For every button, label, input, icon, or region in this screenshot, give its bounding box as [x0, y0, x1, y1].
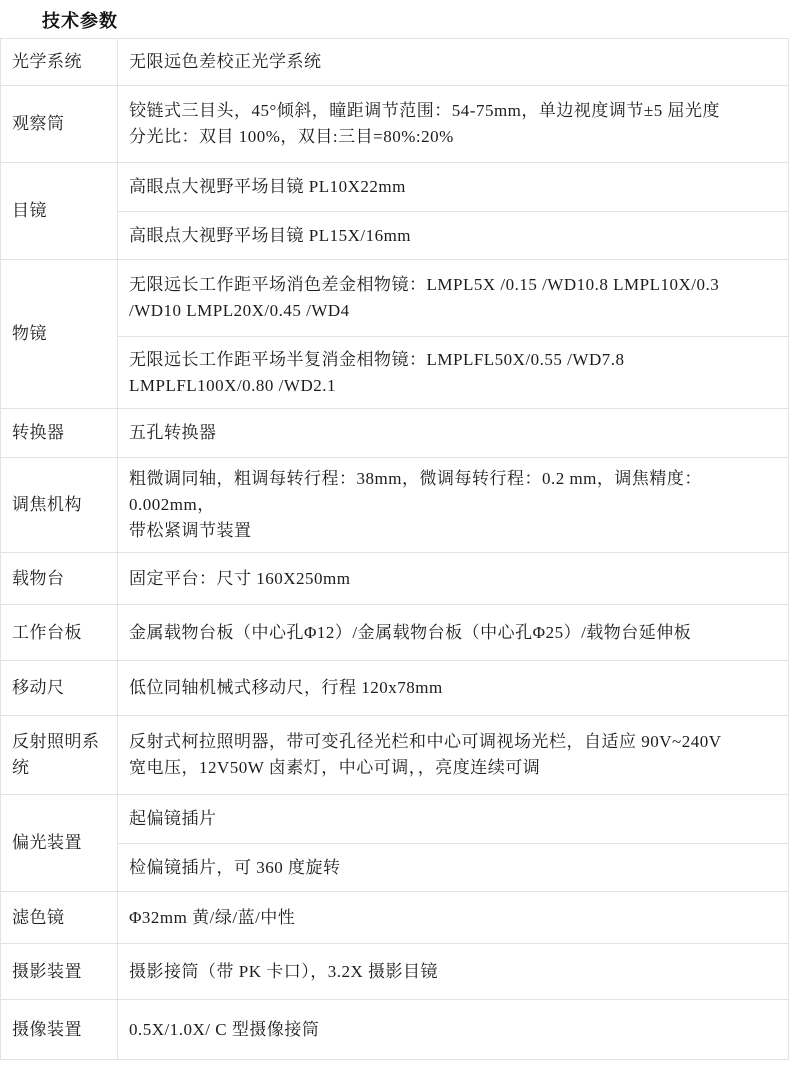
- param-name: 光学系统: [1, 39, 118, 85]
- table-row-eyepiece: 目镜 高眼点大视野平场目镜 PL10X22mm 高眼点大视野平场目镜 PL15X…: [1, 163, 788, 260]
- param-value: 金属载物台板（中心孔Φ12）/金属载物台板（中心孔Φ25）/载物台延伸板: [118, 605, 788, 660]
- table-row-filter: 滤色镜 Φ32mm 黄/绿/蓝/中性: [1, 892, 788, 944]
- param-value: 反射式柯拉照明器，带可变孔径光栏和中心可调视场光栏，自适应 90V~240V 宽…: [118, 716, 788, 794]
- param-name: 调焦机构: [1, 458, 118, 552]
- param-name: 摄像装置: [1, 1000, 118, 1059]
- param-name: 反射照明系统: [1, 716, 118, 794]
- table-row-photography-device: 摄影装置 摄影接筒（带 PK 卡口），3.2X 摄影目镜: [1, 944, 788, 1000]
- param-name: 观察筒: [1, 86, 118, 162]
- param-name: 物镜: [1, 260, 118, 408]
- table-row-mechanical-ruler: 移动尺 低位同轴机械式移动尺，行程 120x78mm: [1, 661, 788, 716]
- param-name: 摄影装置: [1, 944, 118, 999]
- table-row-optical-system: 光学系统 无限远色差校正光学系统: [1, 39, 788, 86]
- table-row-stage: 载物台 固定平台：尺寸 160X250mm: [1, 553, 788, 605]
- param-name: 工作台板: [1, 605, 118, 660]
- page-title: 技术参数: [42, 7, 790, 33]
- param-value: 高眼点大视野平场目镜 PL15X/16mm: [118, 211, 788, 259]
- param-name: 滤色镜: [1, 892, 118, 943]
- param-name: 转换器: [1, 409, 118, 457]
- param-value: 五孔转换器: [118, 409, 788, 457]
- param-name: 偏光装置: [1, 795, 118, 891]
- param-value: 粗微调同轴，粗调每转行程：38mm，微调每转行程：0.2 mm，调焦精度：0.0…: [118, 458, 788, 552]
- param-name: 载物台: [1, 553, 118, 604]
- table-row-focusing-mechanism: 调焦机构 粗微调同轴，粗调每转行程：38mm，微调每转行程：0.2 mm，调焦精…: [1, 458, 788, 553]
- param-value: 检偏镜插片，可 360 度旋转: [118, 843, 788, 891]
- param-value: 0.5X/1.0X/ C 型摄像接筒: [118, 1000, 788, 1059]
- table-row-nosepiece: 转换器 五孔转换器: [1, 409, 788, 458]
- param-value: 无限远长工作距平场半复消金相物镜：LMPLFL50X/0.55 /WD7.8 L…: [118, 336, 788, 408]
- param-name: 移动尺: [1, 661, 118, 715]
- param-value: 摄影接筒（带 PK 卡口），3.2X 摄影目镜: [118, 944, 788, 999]
- param-value: 高眼点大视野平场目镜 PL10X22mm: [118, 163, 788, 211]
- table-row-objective: 物镜 无限远长工作距平场消色差金相物镜：LMPL5X /0.15 /WD10.8…: [1, 260, 788, 409]
- spec-table: 光学系统 无限远色差校正光学系统 观察筒 铰链式三目头，45°倾斜，瞳距调节范围…: [0, 38, 789, 1060]
- table-row-polarizing-device: 偏光装置 起偏镜插片 检偏镜插片，可 360 度旋转: [1, 795, 788, 892]
- param-name: 目镜: [1, 163, 118, 259]
- param-value: Φ32mm 黄/绿/蓝/中性: [118, 892, 788, 943]
- param-value: 低位同轴机械式移动尺，行程 120x78mm: [118, 661, 788, 715]
- table-row-reflected-illumination: 反射照明系统 反射式柯拉照明器，带可变孔径光栏和中心可调视场光栏，自适应 90V…: [1, 716, 788, 795]
- table-row-stage-plate: 工作台板 金属载物台板（中心孔Φ12）/金属载物台板（中心孔Φ25）/载物台延伸…: [1, 605, 788, 661]
- table-row-observation-tube: 观察筒 铰链式三目头，45°倾斜，瞳距调节范围：54-75mm，单边视度调节±5…: [1, 86, 788, 163]
- param-value: 无限远色差校正光学系统: [118, 39, 788, 85]
- param-value: 起偏镜插片: [118, 795, 788, 843]
- param-value: 铰链式三目头，45°倾斜，瞳距调节范围：54-75mm，单边视度调节±5 屈光度…: [118, 86, 788, 162]
- param-value: 固定平台：尺寸 160X250mm: [118, 553, 788, 604]
- spec-page: 技术参数 光学系统 无限远色差校正光学系统 观察筒 铰链式三目头，45°倾斜，瞳…: [0, 0, 790, 1068]
- param-value: 无限远长工作距平场消色差金相物镜：LMPL5X /0.15 /WD10.8 LM…: [118, 260, 788, 336]
- table-row-camera-device: 摄像装置 0.5X/1.0X/ C 型摄像接筒: [1, 1000, 788, 1060]
